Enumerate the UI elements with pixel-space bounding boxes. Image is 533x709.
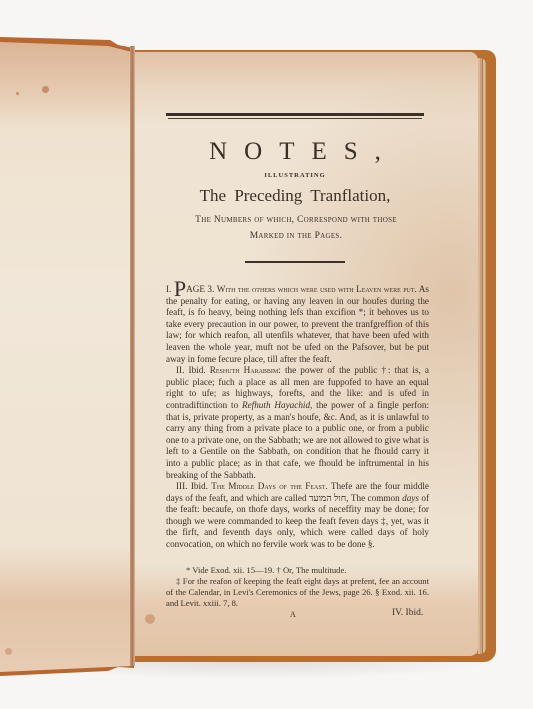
footnote-line-2: ‡ For the reafon of keeping the feaft ei… bbox=[166, 576, 429, 609]
subtitle: The Preceding Tranflation, bbox=[166, 186, 424, 206]
footnote-line-1: * Vide Exod. xii. 15—19. † Or, The multi… bbox=[166, 565, 429, 576]
note-3: III. Ibid. The Middle Days of the Feast.… bbox=[166, 481, 429, 551]
signature-mark: A bbox=[290, 610, 296, 619]
footnotes: * Vide Exod. xii. 15—19. † Or, The multi… bbox=[166, 565, 429, 609]
page-title: NOTES, bbox=[166, 138, 424, 166]
book-photo: NOTES, ILLUSTRATING The Preceding Tranfl… bbox=[0, 0, 533, 709]
divider-rule bbox=[245, 261, 345, 263]
hebrew-text: חול המועד bbox=[309, 493, 346, 503]
catchword: IV. Ibid. bbox=[392, 608, 423, 618]
notes-body: I. PAGE 3. With the others which were us… bbox=[166, 283, 429, 551]
note-italic: days bbox=[402, 493, 419, 503]
caps-heading: The Numbers of which, Correspond with th… bbox=[160, 212, 432, 244]
note-heading: The Middle Days of the Feast. bbox=[211, 481, 327, 491]
note-number: III. Ibid. bbox=[176, 481, 208, 491]
note-number: I. bbox=[166, 284, 171, 294]
caps-line-2: Marked in the Pages. bbox=[160, 228, 432, 244]
note-1: I. PAGE 3. With the others which were us… bbox=[166, 283, 429, 365]
note-text: The common bbox=[351, 493, 400, 503]
double-rule bbox=[166, 113, 424, 116]
left-page bbox=[0, 42, 132, 672]
gutter bbox=[130, 46, 135, 666]
foxing-spot bbox=[16, 92, 19, 95]
note-number: II. Ibid. bbox=[176, 365, 206, 375]
illustrating-label: ILLUSTRATING bbox=[166, 172, 424, 179]
double-rule-thin bbox=[168, 118, 422, 119]
note-heading: With the others which were used with Lea… bbox=[217, 284, 417, 294]
note-lead: AGE 3. bbox=[186, 284, 214, 294]
note-italic: Refhuth Hayachid, bbox=[242, 400, 312, 410]
note-text: the power of a fingle perfon: that is, p… bbox=[166, 400, 429, 480]
caps-line-1: The Numbers of which, Correspond with th… bbox=[160, 212, 432, 228]
foxing-spot bbox=[145, 614, 155, 624]
note-heading: Reshuth Harabbim: bbox=[210, 365, 281, 375]
note-2: II. Ibid. Reshuth Harabbim: the power of… bbox=[166, 365, 429, 481]
foxing-spot bbox=[42, 86, 49, 93]
foxing-spot bbox=[5, 648, 12, 655]
note-text: As the penalty for eating, or having any… bbox=[166, 284, 429, 364]
